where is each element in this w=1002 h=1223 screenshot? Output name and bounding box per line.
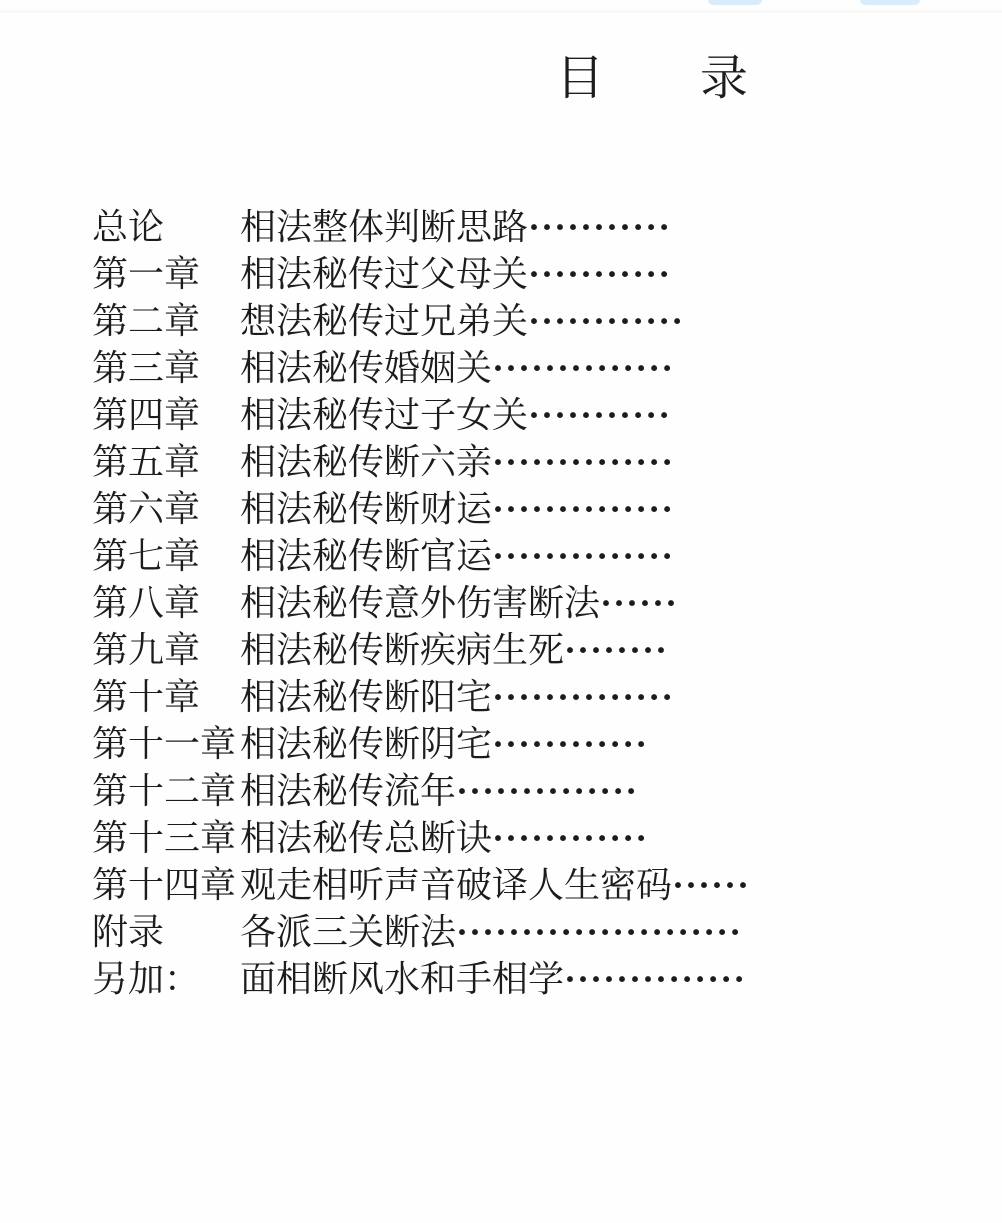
top-tab-artifact-left[interactable]	[708, 0, 762, 5]
toc-entry-title: 相法秘传总断诀	[240, 818, 492, 858]
toc-entry-leader: ··············	[492, 442, 674, 482]
toc-entry: 第六章相法秘传断财运··············	[92, 486, 1002, 533]
toc-entry: 第一章相法秘传过父母关···········	[92, 251, 1002, 298]
toc-entry-title: 相法秘传意外伤害断法	[240, 583, 600, 623]
toc-entry-leader: ······················	[456, 912, 742, 952]
toc-entry-leader: ······	[600, 583, 678, 623]
toc-entry-leader: ············	[528, 301, 684, 341]
toc-entry-leader: ········	[564, 630, 668, 670]
toc-entry-title: 相法秘传断财运	[240, 489, 492, 529]
toc-entry-title: 相法秘传过子女关	[240, 395, 528, 435]
top-tab-artifact-right[interactable]	[860, 0, 920, 5]
toc-entry-label: 第九章	[92, 627, 240, 674]
toc-entry: 附录各派三关断法······················	[92, 909, 1002, 956]
toc-entry: 第七章相法秘传断官运··············	[92, 533, 1002, 580]
toc-entry-label: 总论	[92, 204, 240, 251]
toc-entry: 第三章相法秘传婚姻关··············	[92, 345, 1002, 392]
toc-entry-title: 相法秘传婚姻关	[240, 348, 492, 388]
toc-entry: 第五章相法秘传断六亲··············	[92, 439, 1002, 486]
toc-entry-title: 观走相听声音破译人生密码	[240, 865, 672, 905]
toc-entry-leader: ··············	[492, 489, 674, 529]
toc-entry-title: 面相断风水和手相学	[240, 959, 564, 999]
toc-entry-leader: ··············	[492, 348, 674, 388]
toc-entry: 第九章相法秘传断疾病生死········	[92, 627, 1002, 674]
toc-entry-label: 第十三章	[92, 815, 240, 862]
toc-entry-label: 第六章	[92, 486, 240, 533]
toc-entry: 第十三章相法秘传总断诀············	[92, 815, 1002, 862]
toc-entry: 第二章想法秘传过兄弟关············	[92, 298, 1002, 345]
toc-entry-leader: ···········	[528, 395, 671, 435]
toc-entry-title: 相法秘传断六亲	[240, 442, 492, 482]
toc-entry: 总论相法整体判断思路···········	[92, 204, 1002, 251]
toc-entry: 第十二章相法秘传流年··············	[92, 768, 1002, 815]
toc-entry-label: 第八章	[92, 580, 240, 627]
toc-entry-label: 附录	[92, 909, 240, 956]
toc-entry: 第十章相法秘传断阳宅··············	[92, 674, 1002, 721]
toc-entry: 另加：面相断风水和手相学··············	[92, 956, 1002, 1003]
toc-entry: 第十四章观走相听声音破译人生密码······	[92, 862, 1002, 909]
toc-entry-label: 第五章	[92, 439, 240, 486]
toc-entry-title: 相法整体判断思路	[240, 207, 528, 247]
toc-entry-leader: ··············	[456, 771, 638, 811]
toc-page-title: 目 录	[0, 0, 1002, 108]
document-page: 目 录 总论相法整体判断思路··········· 第一章相法秘传过父母关···…	[0, 0, 1002, 1223]
toc-entry-title: 相法秘传断官运	[240, 536, 492, 576]
toc-entry: 第八章相法秘传意外伤害断法······	[92, 580, 1002, 627]
toc-entry-label: 第七章	[92, 533, 240, 580]
toc-entry-label: 第三章	[92, 345, 240, 392]
toc-entry-leader: ···········	[528, 207, 671, 247]
toc-entry-title: 相法秘传过父母关	[240, 254, 528, 294]
toc-entry-leader: ··············	[564, 959, 746, 999]
toc-entry-label: 第十一章	[92, 721, 240, 768]
toc-entry-leader: ······	[672, 865, 750, 905]
toc-entry-label: 第二章	[92, 298, 240, 345]
toc-entry-title: 相法秘传断阳宅	[240, 677, 492, 717]
page-top-edge	[0, 10, 1002, 13]
toc-entry-label: 第十章	[92, 674, 240, 721]
toc-entry-title: 相法秘传断疾病生死	[240, 630, 564, 670]
toc-entry-label: 第十二章	[92, 768, 240, 815]
toc-entry-leader: ···········	[528, 254, 671, 294]
toc-list: 总论相法整体判断思路··········· 第一章相法秘传过父母关·······…	[92, 204, 1002, 1003]
toc-entry-label: 第四章	[92, 392, 240, 439]
toc-entry-title: 相法秘传流年	[240, 771, 456, 811]
toc-entry-leader: ············	[492, 724, 648, 764]
toc-entry: 第十一章相法秘传断阴宅············	[92, 721, 1002, 768]
toc-entry-leader: ··············	[492, 536, 674, 576]
toc-entry-label: 第一章	[92, 251, 240, 298]
toc-entry-label: 另加：	[92, 956, 240, 1003]
toc-entry-leader: ············	[492, 818, 648, 858]
toc-entry: 第四章相法秘传过子女关···········	[92, 392, 1002, 439]
toc-entry-title: 各派三关断法	[240, 912, 456, 952]
toc-entry-title: 相法秘传断阴宅	[240, 724, 492, 764]
toc-entry-leader: ··············	[492, 677, 674, 717]
toc-entry-title: 想法秘传过兄弟关	[240, 301, 528, 341]
toc-entry-label: 第十四章	[92, 862, 240, 909]
